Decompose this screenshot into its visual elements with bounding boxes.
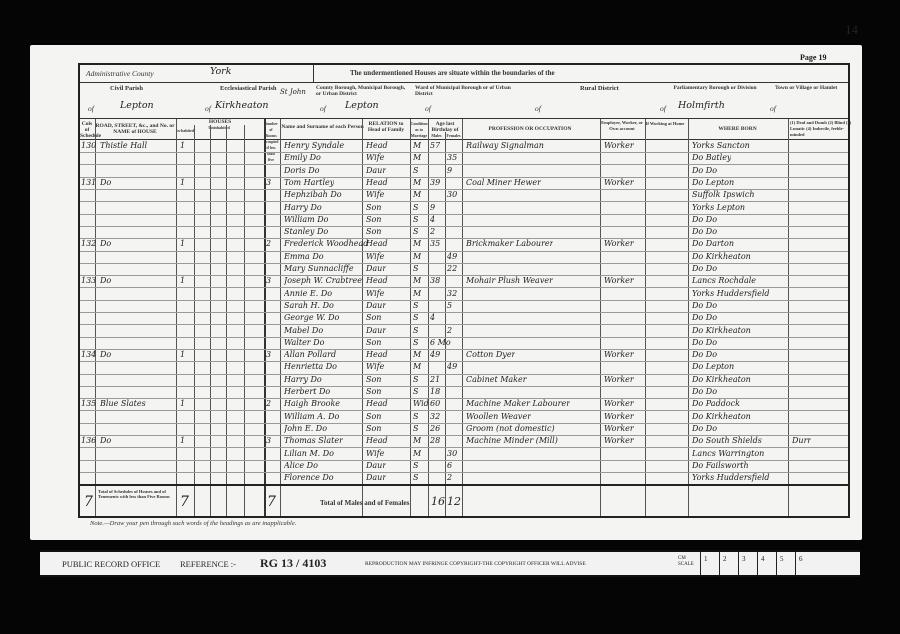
age-male: 49	[430, 348, 440, 361]
occupation: Groom (not domestic)	[466, 422, 555, 435]
schedule-number: 136	[81, 434, 96, 447]
relation: Daur	[366, 262, 386, 275]
parliamentary-label: Parliamentary Borough or Division	[670, 85, 760, 91]
employment: Worker	[604, 348, 634, 361]
employment: Worker	[604, 410, 634, 423]
header-district-row: Civil Parish of Lepton Ecclesiastical Pa…	[80, 82, 848, 119]
relation: Son	[366, 225, 381, 238]
age-male: 60	[430, 397, 440, 410]
relation: Wife	[366, 447, 384, 460]
age-female: 2	[447, 471, 452, 484]
relation: Wife	[366, 188, 384, 201]
person-name: Sarah H. Do	[284, 299, 334, 312]
birthplace: Do Do	[692, 422, 717, 435]
age-male: 35	[430, 237, 440, 250]
relation: Daur	[366, 164, 386, 177]
birthplace: Do Do	[692, 348, 717, 361]
birthplace: Yorks Huddersfield	[692, 471, 770, 484]
condition: M	[413, 447, 421, 460]
relation: Son	[366, 336, 381, 349]
condition: S	[413, 164, 418, 177]
age-male: 39	[430, 176, 440, 189]
age-male: 26	[430, 422, 440, 435]
age-female: 5	[447, 299, 452, 312]
address: Do	[100, 434, 111, 447]
occupation: Mohair Plush Weaver	[466, 274, 553, 287]
total-schedules: 7	[84, 494, 93, 510]
person-name: Florence Do	[284, 471, 334, 484]
schedule-number: 130	[81, 139, 96, 152]
age-male: 9	[430, 201, 435, 214]
condition: M	[413, 274, 421, 287]
side-number: 14	[845, 22, 858, 38]
birthplace: Do Do	[692, 262, 717, 275]
schedule-number: 135	[81, 397, 96, 410]
relation: Son	[366, 410, 381, 423]
age-female: 30	[447, 188, 457, 201]
urban-district-value: Lepton	[345, 100, 379, 111]
address: Do	[100, 274, 111, 287]
totals-row: 7 Total of Schedules of Houses and of Te…	[80, 484, 848, 520]
relation: Head	[366, 397, 388, 410]
copyright-notice: REPRODUCTION MAY INFRINGE COPYRIGHT-THE …	[365, 561, 586, 567]
condition: S	[413, 410, 418, 423]
birthplace: Yorks Lepton	[692, 201, 745, 214]
person-name: William A. Do	[284, 410, 339, 423]
birthplace: Do Do	[692, 213, 717, 226]
relation: Son	[366, 373, 381, 386]
birthplace: Do Do	[692, 164, 717, 177]
age-male: 57	[430, 139, 440, 152]
inhabited: 1	[180, 434, 185, 447]
age-male: 28	[430, 434, 440, 447]
address: Blue Slates	[100, 397, 146, 410]
age-male: 21	[430, 373, 440, 386]
relation: Head	[366, 237, 388, 250]
condition: S	[413, 422, 418, 435]
occupation: Railway Signalman	[466, 139, 544, 152]
employment: Worker	[604, 422, 634, 435]
condition: S	[413, 311, 418, 324]
birthplace: Do Do	[692, 385, 717, 398]
employment: Worker	[604, 176, 634, 189]
condition: S	[413, 385, 418, 398]
relation: Daur	[366, 459, 386, 472]
census-entries: 130Thistle Hall1Henry SyndaleHeadM57Rail…	[80, 139, 848, 484]
cm-scale: 123456	[700, 552, 840, 575]
inhabited: 1	[180, 237, 185, 250]
person-name: Alice Do	[284, 459, 318, 472]
age-male: 4	[430, 311, 435, 324]
relation: Head	[366, 139, 388, 152]
birthplace: Do Kirkheaton	[692, 373, 751, 386]
address: Do	[100, 348, 111, 361]
age-male: 6 Mo	[430, 336, 451, 349]
condition: M	[413, 151, 421, 164]
age-female: 22	[447, 262, 457, 275]
person-name: John E. Do	[284, 422, 327, 435]
condition: M	[413, 348, 421, 361]
totals-left-label: Total of Schedules of Houses and of Tene…	[98, 489, 170, 499]
person-name: Lilian M. Do	[284, 447, 334, 460]
birthplace: Do Kirkheaton	[692, 410, 751, 423]
address: Do	[100, 237, 111, 250]
county-label: Administrative County	[86, 69, 154, 78]
birthplace: Do Lepton	[692, 176, 734, 189]
employment: Worker	[604, 397, 634, 410]
county-value: York	[210, 66, 231, 77]
inhabited: 1	[180, 274, 185, 287]
header-county-row: Administrative County York The underment…	[80, 65, 848, 83]
person-name: Harry Do	[284, 373, 322, 386]
condition: S	[413, 471, 418, 484]
relation: Son	[366, 385, 381, 398]
birthplace: Do Failsworth	[692, 459, 749, 472]
person-name: Hephzibah Do	[284, 188, 342, 201]
totals-right-label: Total of Males and of Females	[320, 499, 409, 507]
condition: S	[413, 459, 418, 472]
condition: S	[413, 373, 418, 386]
reference-label: REFERENCE :-	[180, 559, 236, 569]
intro-text: The undermentioned Houses are situate wi…	[350, 69, 555, 77]
condition: S	[413, 213, 418, 226]
condition: M	[413, 188, 421, 201]
occupation: Machine Minder (Mill)	[466, 434, 558, 447]
condition: M	[413, 360, 421, 373]
age-female: 49	[447, 360, 457, 373]
person-name: Annie E. Do	[284, 287, 332, 300]
parliamentary-value: Holmfirth	[678, 100, 725, 111]
birthplace: Do Kirkheaton	[692, 250, 751, 263]
occupation: Cabinet Maker	[466, 373, 527, 386]
person-name: Emma Do	[284, 250, 324, 263]
age-male: 18	[430, 385, 440, 398]
scale-label: CM SCALE	[678, 556, 698, 568]
office-label: PUBLIC RECORD OFFICE	[62, 559, 160, 569]
age-female: 30	[447, 447, 457, 460]
condition: S	[413, 336, 418, 349]
person-name: Henry Syndale	[284, 139, 344, 152]
address: Do	[100, 176, 111, 189]
scale-mark: 4	[757, 552, 776, 575]
birthplace: Do Do	[692, 311, 717, 324]
ecclesiastical-parish-label: Ecclesiastical Parish	[220, 85, 277, 92]
total-females: 12	[447, 495, 461, 508]
relation: Head	[366, 274, 388, 287]
relation: Son	[366, 422, 381, 435]
condition: M	[413, 287, 421, 300]
occupation: Woollen Weaver	[466, 410, 531, 423]
column-headers: Cols of Schedule ROAD, STREET, &c., and …	[80, 119, 848, 140]
condition: Wid	[413, 397, 429, 410]
person-name: Henrietta Do	[284, 360, 337, 373]
scale-mark: 1	[700, 552, 719, 575]
birthplace: Yorks Huddersfield	[692, 287, 770, 300]
employment: Worker	[604, 237, 634, 250]
rural-district-label: Rural District	[580, 85, 619, 92]
person-name: Mabel Do	[284, 324, 323, 337]
person-name: Stanley Do	[284, 225, 328, 238]
age-female: 2	[447, 324, 452, 337]
relation: Son	[366, 213, 381, 226]
birthplace: Do Darton	[692, 237, 734, 250]
relation: Wife	[366, 360, 384, 373]
infirmity: Durr	[792, 434, 811, 447]
condition: M	[413, 237, 421, 250]
relation: Daur	[366, 299, 386, 312]
person-name: Haigh Brooke	[284, 397, 340, 410]
census-form: Administrative County York The underment…	[78, 63, 850, 518]
person-name: Frederick Woodhead	[284, 237, 368, 250]
person-name: Allan Pollard	[284, 348, 336, 361]
occupation: Brickmaker Labourer	[466, 237, 553, 250]
person-name: Tom Hartley	[284, 176, 334, 189]
relation: Wife	[366, 287, 384, 300]
employment: Worker	[604, 139, 634, 152]
relation: Wife	[366, 250, 384, 263]
urban-district-label: County Borough, Municipal Borough, or Ur…	[316, 85, 406, 97]
page-number: Page 19	[800, 53, 826, 62]
birthplace: Lancs Rochdale	[692, 274, 756, 287]
person-name: Emily Do	[284, 151, 321, 164]
relation: Son	[366, 311, 381, 324]
relation: Son	[366, 201, 381, 214]
ecclesiastical-parish-value: Kirkheaton	[215, 100, 269, 111]
inhabited: 1	[180, 397, 185, 410]
birthplace: Do Do	[692, 299, 717, 312]
occupation: Cotton Dyer	[466, 348, 515, 361]
reference-value: RG 13 / 4103	[260, 556, 326, 571]
condition: S	[413, 225, 418, 238]
condition: M	[413, 176, 421, 189]
civil-parish-label: Civil Parish	[110, 85, 143, 92]
condition: M	[413, 139, 421, 152]
employment: Worker	[604, 373, 634, 386]
condition: S	[413, 299, 418, 312]
schedule-number: 133	[81, 274, 96, 287]
birthplace: Do South Shields	[692, 434, 762, 447]
inhabited: 1	[180, 176, 185, 189]
employment: Worker	[604, 434, 634, 447]
total-houses: 7	[180, 494, 189, 510]
relation: Head	[366, 348, 388, 361]
age-male: 38	[430, 274, 440, 287]
census-page: Page 19 Administrative County York The u…	[30, 45, 862, 540]
schedule-number: 134	[81, 348, 96, 361]
person-name: Harry Do	[284, 201, 322, 214]
person-name: Mary Sunnacliffe	[284, 262, 354, 275]
inhabited: 1	[180, 139, 185, 152]
scale-mark: 3	[738, 552, 757, 575]
rooms: 2	[266, 397, 271, 410]
scale-mark: 2	[719, 552, 738, 575]
archive-footer: PUBLIC RECORD OFFICE REFERENCE :- RG 13 …	[40, 550, 860, 577]
age-female: 49	[447, 250, 457, 263]
scale-mark: 6	[795, 552, 814, 575]
condition: S	[413, 324, 418, 337]
occupation: Coal Miner Hewer	[466, 176, 541, 189]
note-text: Note.—Draw your pen through such words o…	[90, 520, 296, 527]
inhabited: 1	[180, 348, 185, 361]
relation: Daur	[366, 471, 386, 484]
age-male: 4	[430, 213, 435, 226]
address: Thistle Hall	[100, 139, 147, 152]
rooms: 3	[266, 176, 271, 189]
birthplace: Do Lepton	[692, 360, 734, 373]
birthplace: Suffolk Ipswich	[692, 188, 755, 201]
person-name: Doris Do	[284, 164, 320, 177]
ward-label: Ward of Municipal Borough or of Urban Di…	[415, 85, 525, 97]
relation: Head	[366, 176, 388, 189]
relation: Head	[366, 434, 388, 447]
condition: S	[413, 201, 418, 214]
schedule-number: 131	[81, 176, 96, 189]
age-male: 2	[430, 225, 435, 238]
scale-mark: 5	[776, 552, 795, 575]
occupation: Machine Maker Labourer	[466, 397, 570, 410]
birthplace: Do Batley	[692, 151, 731, 164]
ecclesiastical-parish-note: St John	[280, 88, 306, 96]
age-female: 9	[447, 164, 452, 177]
relation: Daur	[366, 324, 386, 337]
age-female: 6	[447, 459, 452, 472]
condition: M	[413, 434, 421, 447]
birthplace: Do Do	[692, 336, 717, 349]
rooms: 3	[266, 274, 271, 287]
person-name: Thomas Slater	[284, 434, 343, 447]
total-rooms: 7	[267, 494, 276, 510]
schedule-number: 132	[81, 237, 96, 250]
age-female: 35	[447, 151, 457, 164]
civil-parish-value: Lepton	[120, 100, 154, 111]
town-label: Town or Village or Hamlet	[775, 85, 837, 91]
rooms: 3	[266, 348, 271, 361]
rooms: 2	[266, 237, 271, 250]
person-name: Herbert Do	[284, 385, 330, 398]
person-name: Joseph W. Crabtree	[284, 274, 362, 287]
birthplace: Do Do	[692, 225, 717, 238]
person-name: George W. Do	[284, 311, 339, 324]
person-name: Walter Do	[284, 336, 324, 349]
condition: S	[413, 262, 418, 275]
condition: M	[413, 250, 421, 263]
age-male: 32	[430, 410, 440, 423]
age-female: 32	[447, 287, 457, 300]
relation: Wife	[366, 151, 384, 164]
employment: Worker	[604, 274, 634, 287]
birthplace: Yorks Sancton	[692, 139, 750, 152]
birthplace: Do Kirkheaton	[692, 324, 751, 337]
birthplace: Do Paddock	[692, 397, 740, 410]
total-males: 16	[431, 495, 445, 508]
rooms: 3	[266, 434, 271, 447]
birthplace: Lancs Warrington	[692, 447, 764, 460]
person-name: William Do	[284, 213, 328, 226]
